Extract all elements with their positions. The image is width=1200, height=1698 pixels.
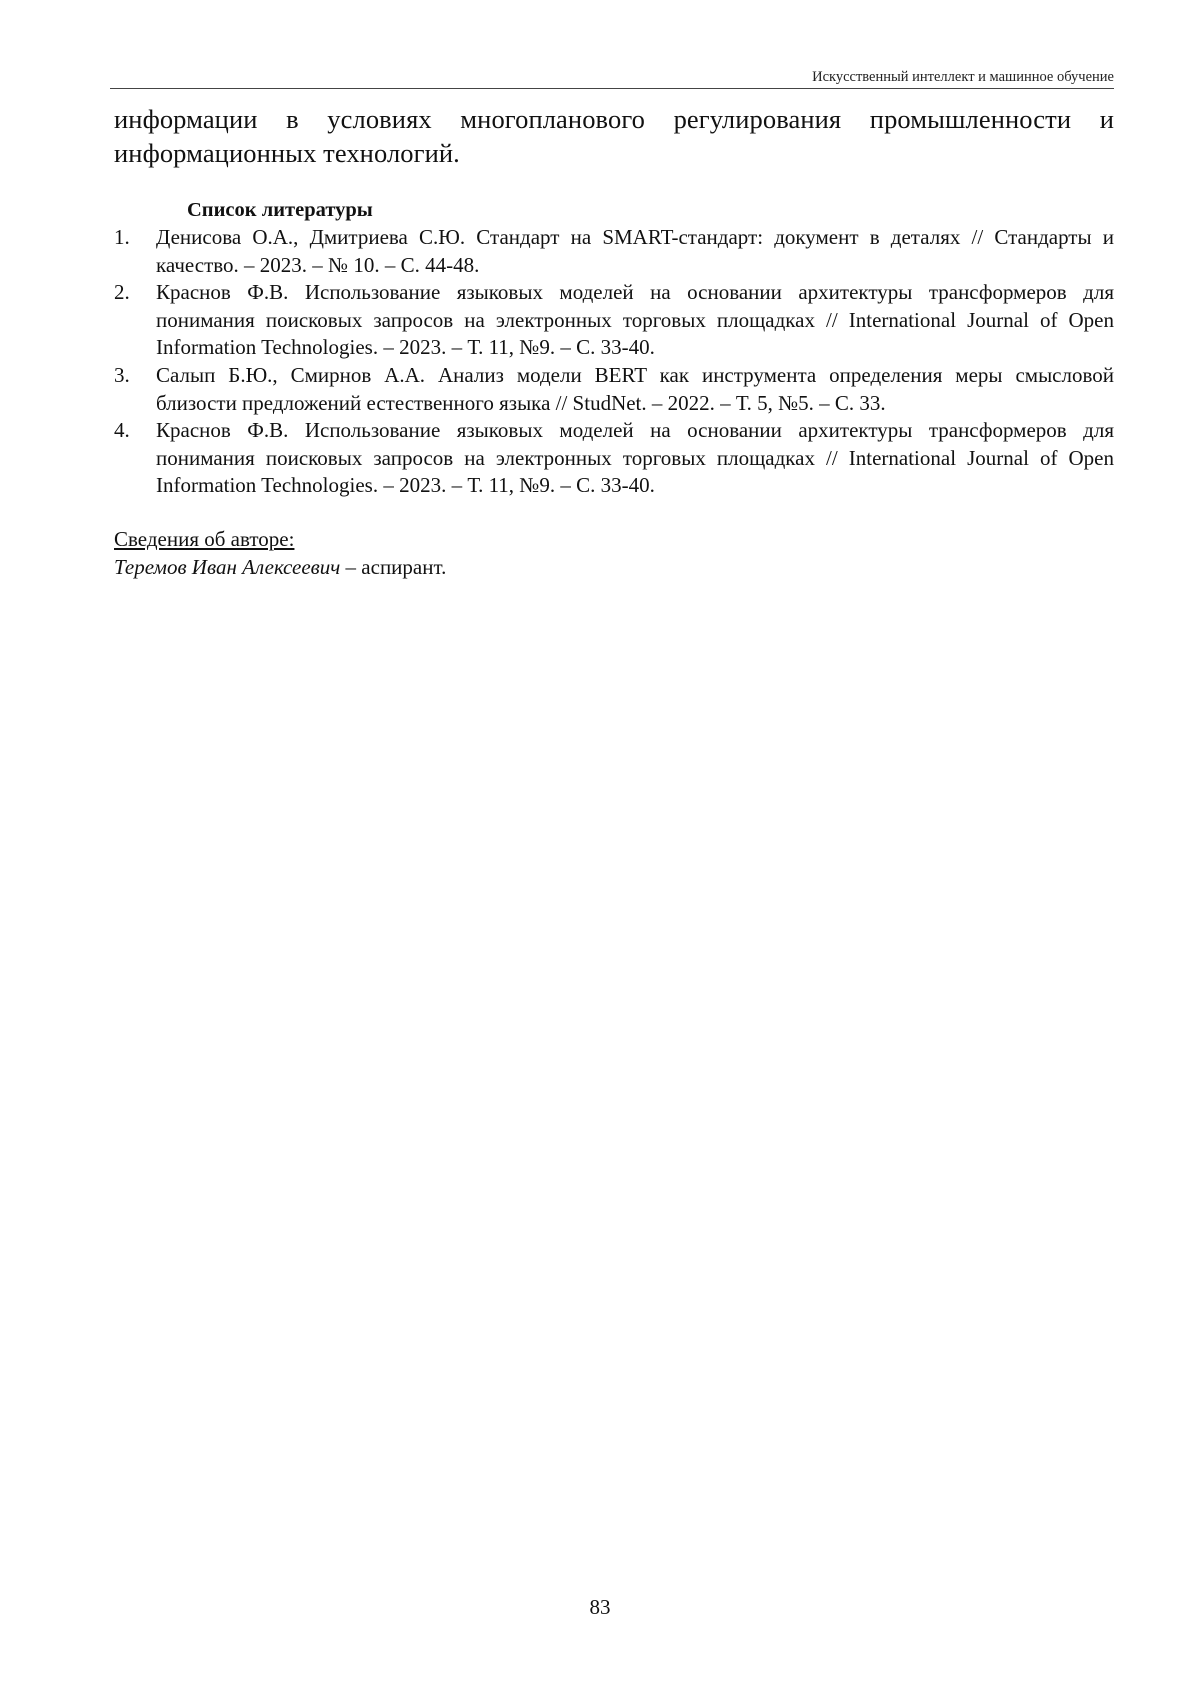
reference-item: 4. Краснов Ф.В. Использование языковых м… bbox=[114, 417, 1114, 500]
author-role: – аспирант. bbox=[340, 555, 446, 579]
running-header: Искусственный интеллект и машинное обуче… bbox=[110, 68, 1114, 86]
reference-item: 2. Краснов Ф.В. Использование языковых м… bbox=[114, 279, 1114, 362]
body-paragraph: информации в условиях многопланового рег… bbox=[114, 102, 1114, 170]
author-name: Теремов Иван Алексеевич bbox=[114, 555, 340, 579]
reference-item: 1. Денисова О.А., Дмитриева С.Ю. Стандар… bbox=[114, 224, 1114, 279]
page-content: информации в условиях многопланового рег… bbox=[114, 102, 1114, 581]
reference-text: Краснов Ф.В. Использование языковых моде… bbox=[156, 418, 1114, 497]
author-info: Сведения об авторе: Теремов Иван Алексее… bbox=[114, 526, 1114, 581]
reference-item: 3. Салып Б.Ю., Смирнов А.А. Анализ модел… bbox=[114, 362, 1114, 417]
reference-number: 4. bbox=[114, 417, 130, 445]
reference-number: 1. bbox=[114, 224, 130, 252]
reference-number: 3. bbox=[114, 362, 130, 390]
page-number: 83 bbox=[0, 1594, 1200, 1620]
reference-text: Краснов Ф.В. Использование языковых моде… bbox=[156, 280, 1114, 359]
references-list: 1. Денисова О.А., Дмитриева С.Ю. Стандар… bbox=[114, 224, 1114, 500]
header-divider bbox=[110, 88, 1114, 89]
author-line: Теремов Иван Алексеевич – аспирант. bbox=[114, 554, 1114, 582]
references-title: Список литературы bbox=[114, 197, 1114, 224]
author-heading: Сведения об авторе: bbox=[114, 526, 1114, 554]
reference-text: Салып Б.Ю., Смирнов А.А. Анализ модели B… bbox=[156, 363, 1114, 415]
reference-number: 2. bbox=[114, 279, 130, 307]
reference-text: Денисова О.А., Дмитриева С.Ю. Стандарт н… bbox=[156, 225, 1114, 277]
